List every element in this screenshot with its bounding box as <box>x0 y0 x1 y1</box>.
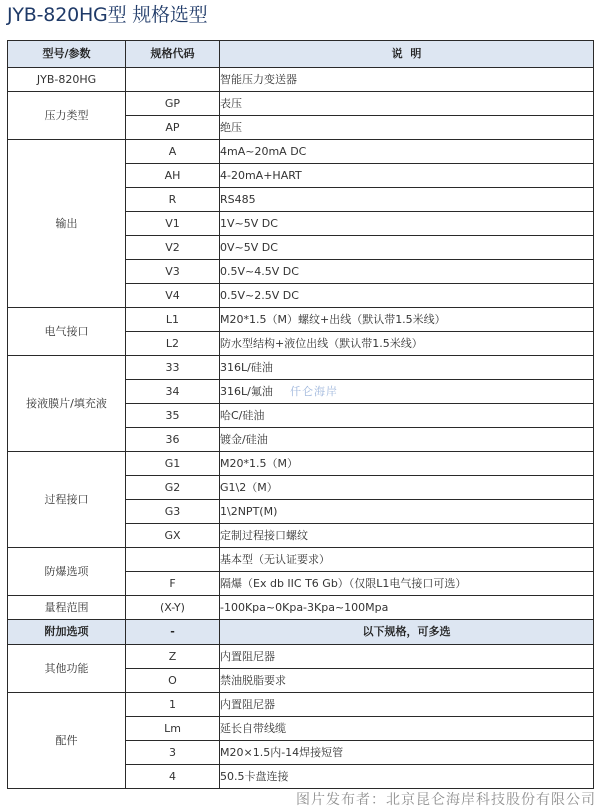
table-row: 电气接口 L1 M20*1.5（M）螺纹+出线（默认带1.5米线） <box>8 308 594 332</box>
code-cell: V4 <box>126 284 220 308</box>
code-cell: L2 <box>126 332 220 356</box>
desc-cell: 隔爆（Ex db IIC T6 Gb）（仅限L1电气接口可选） <box>220 572 594 596</box>
column-header-model: 型号/参数 <box>8 41 126 68</box>
desc-cell: 禁油脱脂要求 <box>220 669 594 693</box>
table-row: 压力类型 GP 表压 <box>8 92 594 116</box>
desc-cell: 0.5V~4.5V DC <box>220 260 594 284</box>
code-cell: 35 <box>126 404 220 428</box>
group-cell-pressure-type: 压力类型 <box>8 92 126 140</box>
desc-cell: 防水型结构+液位出线（默认带1.5米线） <box>220 332 594 356</box>
table-row: 配件 1 内置阻尼器 <box>8 693 594 717</box>
code-cell: A <box>126 140 220 164</box>
code-cell: G2 <box>126 476 220 500</box>
additional-options-header-row: 附加选项 - 以下规格，可多选 <box>8 620 594 645</box>
group-cell-other-functions: 其他功能 <box>8 645 126 693</box>
desc-cell: 哈C/硅油 <box>220 404 594 428</box>
desc-cell: 镀金/硅油 <box>220 428 594 452</box>
group-cell-model: JYB-820HG <box>8 68 126 92</box>
code-cell: F <box>126 572 220 596</box>
code-cell: GP <box>126 92 220 116</box>
column-header-description: 说 明 <box>220 41 594 68</box>
desc-cell: 0V~5V DC <box>220 236 594 260</box>
desc-cell: -100Kpa~0Kpa-3Kpa~100Mpa <box>220 596 594 620</box>
publisher-watermark: 图片发布者：北京昆仑海岸科技股份有限公司 <box>296 789 596 809</box>
desc-cell: 0.5V~2.5V DC <box>220 284 594 308</box>
code-cell: GX <box>126 524 220 548</box>
code-cell: Lm <box>126 717 220 741</box>
group-cell-process-connection: 过程接口 <box>8 452 126 548</box>
desc-cell: 316L/氟油 仟仑海岸 <box>220 380 594 404</box>
desc-cell: 定制过程接口螺纹 <box>220 524 594 548</box>
code-cell: AH <box>126 164 220 188</box>
code-cell: 36 <box>126 428 220 452</box>
desc-cell: 316L/硅油 <box>220 356 594 380</box>
desc-cell: 1V~5V DC <box>220 212 594 236</box>
desc-cell: 绝压 <box>220 116 594 140</box>
desc-cell: G1\2（M） <box>220 476 594 500</box>
code-cell: L1 <box>126 308 220 332</box>
table-row: 过程接口 G1 M20*1.5（M） <box>8 452 594 476</box>
code-cell: Z <box>126 645 220 669</box>
watermark-logo: 仟仑海岸 <box>290 385 338 399</box>
desc-cell: 1\2NPT(M) <box>220 500 594 524</box>
code-cell: O <box>126 669 220 693</box>
column-header-code: 规格代码 <box>126 41 220 68</box>
table-row: 量程范围 (X-Y) -100Kpa~0Kpa-3Kpa~100Mpa <box>8 596 594 620</box>
code-cell: V2 <box>126 236 220 260</box>
group-cell-accessories: 配件 <box>8 693 126 789</box>
desc-cell: 4-20mA+HART <box>220 164 594 188</box>
spec-table: 型号/参数 规格代码 说 明 JYB-820HG 智能压力变送器 压力类型 GP… <box>7 40 594 789</box>
code-cell: G1 <box>126 452 220 476</box>
desc-cell: 内置阻尼器 <box>220 693 594 717</box>
desc-cell: 基本型（无认证要求） <box>220 548 594 572</box>
table-row: 输出 A 4mA~20mA DC <box>8 140 594 164</box>
group-cell-range: 量程范围 <box>8 596 126 620</box>
desc-cell: 4mA~20mA DC <box>220 140 594 164</box>
code-cell: AP <box>126 116 220 140</box>
group-cell-explosion-proof: 防爆选项 <box>8 548 126 596</box>
additional-options-label: 附加选项 <box>8 620 126 645</box>
code-cell: G3 <box>126 500 220 524</box>
desc-cell: 延长自带线缆 <box>220 717 594 741</box>
table-header-row: 型号/参数 规格代码 说 明 <box>8 41 594 68</box>
desc-cell: M20*1.5（M） <box>220 452 594 476</box>
desc-cell: 智能压力变送器 <box>220 68 594 92</box>
code-cell: 33 <box>126 356 220 380</box>
desc-cell: 内置阻尼器 <box>220 645 594 669</box>
desc-cell: 表压 <box>220 92 594 116</box>
desc-cell: RS485 <box>220 188 594 212</box>
code-cell: 4 <box>126 765 220 789</box>
group-cell-electrical-interface: 电气接口 <box>8 308 126 356</box>
desc-cell: 50.5卡盘连接 <box>220 765 594 789</box>
additional-options-code: - <box>126 620 220 645</box>
desc-cell: M20×1.5内-14焊接短管 <box>220 741 594 765</box>
table-row: 防爆选项 基本型（无认证要求） <box>8 548 594 572</box>
page-title: JYB-820HG型 规格选型 <box>7 2 207 28</box>
code-cell: 1 <box>126 693 220 717</box>
table-row: JYB-820HG 智能压力变送器 <box>8 68 594 92</box>
code-cell <box>126 68 220 92</box>
code-cell: 34 <box>126 380 220 404</box>
code-cell <box>126 548 220 572</box>
desc-text: 316L/氟油 <box>220 385 273 398</box>
code-cell: V3 <box>126 260 220 284</box>
group-cell-output: 输出 <box>8 140 126 308</box>
additional-options-note: 以下规格，可多选 <box>220 620 594 645</box>
code-cell: V1 <box>126 212 220 236</box>
table-row: 接液膜片/填充液 33 316L/硅油 <box>8 356 594 380</box>
group-cell-diaphragm-fill: 接液膜片/填充液 <box>8 356 126 452</box>
code-cell: (X-Y) <box>126 596 220 620</box>
code-cell: 3 <box>126 741 220 765</box>
code-cell: R <box>126 188 220 212</box>
desc-cell: M20*1.5（M）螺纹+出线（默认带1.5米线） <box>220 308 594 332</box>
table-row: 其他功能 Z 内置阻尼器 <box>8 645 594 669</box>
